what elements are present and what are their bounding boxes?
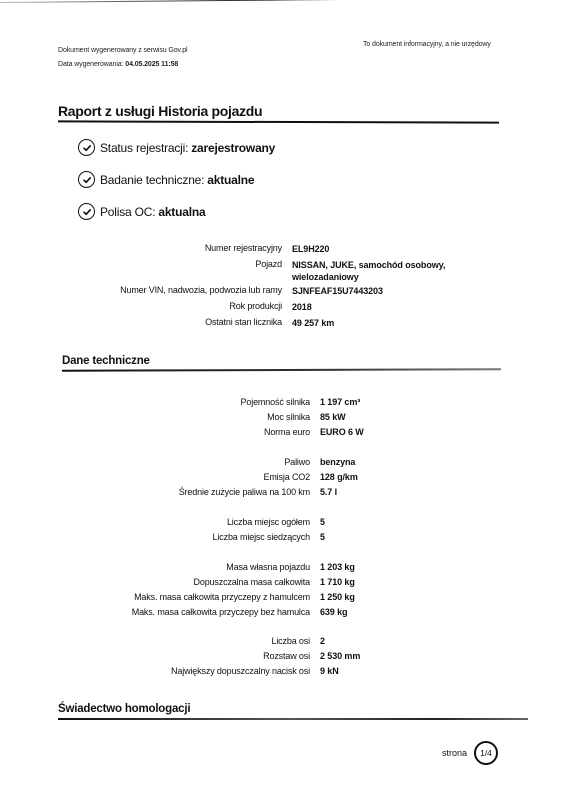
detail-row: Rozstaw osi2 530 mm [40, 649, 540, 664]
section-divider [62, 368, 501, 371]
title-divider [58, 120, 499, 123]
detail-value: 5 [320, 530, 490, 545]
detail-label: Moc silnika [40, 410, 320, 425]
status-value: zarejestrowany [191, 141, 275, 155]
status-value: aktualne [207, 173, 254, 187]
date-label: Data wygenerowania: [58, 61, 123, 68]
detail-label: Numer rejestracyjny [40, 241, 292, 257]
detail-row: Numer rejestracyjny EL9H220 [40, 241, 540, 257]
detail-row: Moc silnika85 kW [40, 410, 540, 425]
detail-value: EURO 6 W [320, 425, 490, 440]
detail-row: Średnie zużycie paliwa na 100 km5.7 l [40, 485, 540, 500]
seats-group: Liczba miejsc ogółem5 Liczba miejsc sied… [40, 515, 540, 545]
detail-row: Paliwobenzyna [40, 455, 540, 470]
detail-label: Maks. masa całkowita przyczepy z hamulce… [40, 590, 320, 605]
detail-value: 1 197 cm³ [320, 395, 490, 410]
detail-label: Rozstaw osi [40, 649, 320, 664]
detail-value: 1 250 kg [320, 590, 490, 605]
detail-value: 1 710 kg [320, 575, 490, 590]
check-circle-icon [78, 171, 95, 188]
detail-label: Średnie zużycie paliwa na 100 km [40, 485, 320, 500]
detail-value: benzyna [320, 455, 490, 470]
check-circle-icon [78, 139, 95, 156]
section-title-homologation: Świadectwo homologacji [58, 703, 190, 715]
status-label: Status rejestracji: [100, 141, 188, 155]
document-meta: Dokument wygenerowany z serwisu Gov.pl D… [58, 44, 188, 72]
detail-row: Norma euroEURO 6 W [40, 425, 540, 440]
status-label: Polisa OC: [100, 205, 155, 219]
disclaimer: To dokument informacyjny, a nie urzędowy [363, 41, 491, 48]
detail-row: Liczba miejsc siedzących5 [40, 530, 540, 545]
source-label: Dokument wygenerowany z serwisu Gov.pl [58, 44, 188, 58]
detail-label: Pojazd [40, 257, 292, 283]
detail-label: Ostatni stan licznika [40, 315, 292, 331]
detail-value: SJNFEAF15U7443203 [292, 283, 462, 299]
detail-label: Największy dopuszczalny nacisk osi [40, 664, 320, 679]
status-value: aktualna [158, 205, 205, 219]
detail-value: 639 kg [320, 605, 490, 620]
detail-label: Rok produkcji [40, 299, 292, 315]
detail-label: Pojemność silnika [40, 395, 320, 410]
page-indicator: strona 1/4 [442, 741, 498, 765]
detail-label: Liczba miejsc ogółem [40, 515, 320, 530]
engine-group: Pojemność silnika1 197 cm³ Moc silnika85… [40, 395, 540, 440]
detail-value: 5 [320, 515, 490, 530]
axles-group: Liczba osi2 Rozstaw osi2 530 mm Najwięks… [40, 634, 540, 679]
fuel-group: Paliwobenzyna Emisja CO2128 g/km Średnie… [40, 455, 540, 500]
date-value: 04.05.2025 11:58 [125, 61, 178, 68]
detail-value: 2 [320, 634, 490, 649]
detail-value: 1 203 kg [320, 560, 490, 575]
detail-label: Dopuszczalna masa całkowita [40, 575, 320, 590]
detail-label: Liczba osi [40, 634, 320, 649]
report-title: Raport z usługi Historia pojazdu [58, 103, 262, 119]
detail-row: Masa własna pojazdu1 203 kg [40, 560, 540, 575]
page-number-badge: 1/4 [474, 741, 498, 765]
mass-group: Masa własna pojazdu1 203 kg Dopuszczalna… [40, 560, 540, 620]
detail-value: 2 530 mm [320, 649, 490, 664]
scan-artifact-line [0, 0, 335, 3]
detail-row: Największy dopuszczalny nacisk osi9 kN [40, 664, 540, 679]
detail-label: Numer VIN, nadwozia, podwozia lub ramy [40, 283, 292, 299]
detail-row: Rok produkcji 2018 [40, 299, 540, 315]
check-circle-icon [78, 203, 95, 220]
detail-value: 5.7 l [320, 485, 490, 500]
detail-row: Ostatni stan licznika 49 257 km [40, 315, 540, 331]
detail-label: Norma euro [40, 425, 320, 440]
generation-date: Data wygenerowania: 04.05.2025 11:58 [58, 58, 188, 72]
detail-label: Maks. masa całkowita przyczepy bez hamul… [40, 605, 320, 620]
detail-label: Emisja CO2 [40, 470, 320, 485]
detail-row: Liczba osi2 [40, 634, 540, 649]
status-label: Badanie techniczne: [100, 173, 204, 187]
detail-value: 49 257 km [292, 315, 462, 331]
section-divider [58, 718, 528, 720]
detail-value: 128 g/km [320, 470, 490, 485]
detail-row: Pojemność silnika1 197 cm³ [40, 395, 540, 410]
detail-row: Liczba miejsc ogółem5 [40, 515, 540, 530]
detail-label: Paliwo [40, 455, 320, 470]
detail-row: Dopuszczalna masa całkowita1 710 kg [40, 575, 540, 590]
section-title-technical: Dane techniczne [62, 355, 150, 367]
page-label: strona [442, 748, 467, 758]
detail-value: 85 kW [320, 410, 490, 425]
detail-row: Emisja CO2128 g/km [40, 470, 540, 485]
detail-value: 2018 [292, 299, 462, 315]
detail-row: Pojazd NISSAN, JUKE, samochód osobowy, w… [40, 257, 540, 283]
detail-value: EL9H220 [292, 241, 462, 257]
detail-value: 9 kN [320, 664, 490, 679]
status-registration: Status rejestracji: zarejestrowany [78, 139, 275, 156]
detail-row: Numer VIN, nadwozia, podwozia lub ramy S… [40, 283, 540, 299]
status-insurance: Polisa OC: aktualna [78, 203, 205, 220]
vehicle-details: Numer rejestracyjny EL9H220 Pojazd NISSA… [40, 241, 540, 331]
detail-label: Masa własna pojazdu [40, 560, 320, 575]
detail-row: Maks. masa całkowita przyczepy bez hamul… [40, 605, 540, 620]
detail-label: Liczba miejsc siedzących [40, 530, 320, 545]
detail-value: NISSAN, JUKE, samochód osobowy, wielozad… [292, 257, 462, 283]
detail-row: Maks. masa całkowita przyczepy z hamulce… [40, 590, 540, 605]
status-inspection: Badanie techniczne: aktualne [78, 171, 254, 188]
